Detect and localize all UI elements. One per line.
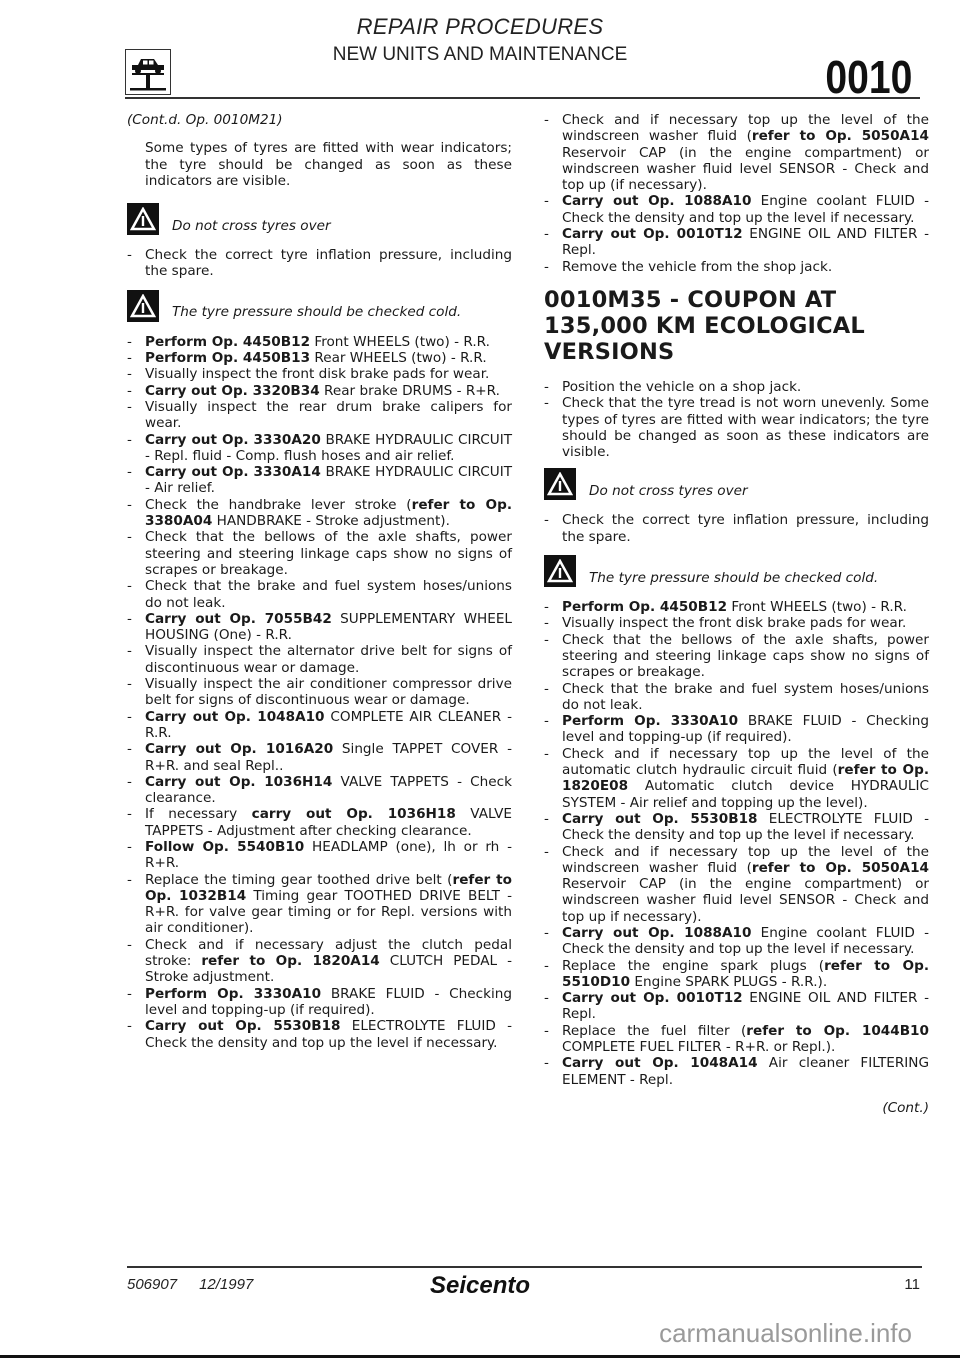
procedure-list: Perform Op. 4450B12 Front WHEELS (two) -… (544, 599, 929, 1088)
operation-reference: Follow Op. 5540B10 (145, 839, 304, 855)
note-text: Do not cross tyres over (589, 483, 748, 499)
left-column: (Cont.d. Op. 0010M21) Some types of tyre… (127, 112, 512, 1061)
operation-reference: Perform Op. 4450B13 (145, 350, 310, 366)
continued-label: (Cont.d. Op. 0010M21) (127, 112, 512, 128)
list-item: Check that the brake and fuel system hos… (544, 681, 929, 714)
operation-reference: Carry out Op. 1088A10 (562, 925, 751, 941)
operation-reference: refer to Op. 5050A14 (752, 128, 929, 144)
operation-reference: Carry out Op. 0010T12 (562, 990, 743, 1006)
list-item: Visually inspect the front disk brake pa… (544, 615, 929, 631)
operation-reference: Perform Op. 3330A10 (562, 713, 738, 729)
list-item: Carry out Op. 3320B34 Rear brake DRUMS -… (127, 383, 512, 399)
section-code: 0010 (825, 50, 912, 104)
operation-reference: Carry out Op. 0010T12 (562, 226, 743, 242)
operation-reference: Perform Op. 3330A10 (145, 986, 321, 1002)
intro-paragraph: Some types of tyres are fitted with wear… (145, 140, 512, 189)
procedure-list-intro: Position the vehicle on a shop jack.Chec… (544, 379, 929, 460)
list-item: Visually inspect the front disk brake pa… (127, 366, 512, 382)
list-item: Replace the timing gear toothed drive be… (127, 872, 512, 937)
operation-reference: Carry out Op. 1036H14 (145, 774, 332, 790)
list-item: Check the handbrake lever stroke (refer … (127, 497, 512, 530)
list-item: Carry out Op. 1036H14 VALVE TAPPETS - Ch… (127, 774, 512, 807)
list-item: Carry out Op. 3330A14 BRAKE HYDRAULIC CI… (127, 464, 512, 497)
operation-reference: refer to Op. 5510D10 (562, 958, 929, 990)
note-text: The tyre pressure should be checked cold… (589, 570, 878, 586)
operation-reference: refer to Op. 1032B14 (145, 872, 512, 904)
list-item: Carry out Op. 5530B18 ELECTROLYTE FLUID … (127, 1018, 512, 1051)
list-item: If necessary carry out Op. 1036H18 VALVE… (127, 806, 512, 839)
operation-reference: Carry out Op. 3330A20 (145, 432, 321, 448)
operation-reference: Carry out Op. 1048A10 (145, 709, 325, 725)
list-item: Visually inspect the rear drum brake cal… (127, 399, 512, 432)
operation-reference: refer to Op. 1044B10 (746, 1023, 929, 1039)
warning-icon (544, 468, 576, 500)
operation-reference: Carry out Op. 1016A20 (145, 741, 333, 757)
list-item: Check and if necessary top up the level … (544, 844, 929, 925)
list-item: Check and if necessary adjust the clutch… (127, 937, 512, 986)
list-item: Check the correct tyre inflation pressur… (127, 247, 512, 280)
warning-icon (544, 555, 576, 587)
list-item: Check and if necessary top up the level … (544, 746, 929, 811)
operation-reference: refer to Op. 5050A14 (752, 860, 929, 876)
list-item: Follow Op. 5540B10 HEADLAMP (one), lh or… (127, 839, 512, 872)
warning-note: Do not cross tyres over (127, 203, 512, 235)
brand-logo: Seicento (0, 1272, 960, 1300)
warning-icon (127, 290, 159, 322)
car-lift-icon (125, 49, 171, 95)
warning-note: Do not cross tyres over (544, 468, 929, 500)
page-number: 11 (904, 1276, 920, 1293)
list-item: Check and if necessary top up the level … (544, 112, 929, 193)
list-item: Remove the vehicle from the shop jack. (544, 259, 929, 275)
operation-reference: Carry out Op. 3320B34 (145, 383, 320, 399)
operation-reference: Carry out Op. 5530B18 (562, 811, 758, 827)
operation-reference: Carry out Op. 7055B42 (145, 611, 332, 627)
check-list: Check the correct tyre inflation pressur… (127, 247, 512, 280)
list-item: Check that the brake and fuel system hos… (127, 578, 512, 611)
list-item: Perform Op. 4450B12 Front WHEELS (two) -… (127, 334, 512, 350)
list-item: Perform Op. 4450B13 Rear WHEELS (two) - … (127, 350, 512, 366)
continued-marker: (Cont.) (544, 1100, 929, 1116)
operation-reference: Carry out Op. 1048A14 (562, 1055, 758, 1071)
list-item: Carry out Op. 0010T12 ENGINE OIL AND FIL… (544, 990, 929, 1023)
list-item: Carry out Op. 1048A10 COMPLETE AIR CLEAN… (127, 709, 512, 742)
list-item: Carry out Op. 1088A10 Engine coolant FLU… (544, 925, 929, 958)
list-item: Check the correct tyre inflation pressur… (544, 512, 929, 545)
list-item: Carry out Op. 1088A10 Engine coolant FLU… (544, 193, 929, 226)
list-item: Carry out Op. 3330A20 BRAKE HYDRAULIC CI… (127, 432, 512, 465)
procedure-list-top: Check and if necessary top up the level … (544, 112, 929, 275)
right-column: Check and if necessary top up the level … (544, 112, 929, 1116)
list-item: Check that the bellows of the axle shaft… (544, 632, 929, 681)
procedure-list: Perform Op. 4450B12 Front WHEELS (two) -… (127, 334, 512, 1051)
check-list: Check the correct tyre inflation pressur… (544, 512, 929, 545)
footer-divider (127, 1266, 922, 1268)
section-heading: 0010M35 - COUPON AT 135,000 KM ECOLOGICA… (544, 287, 929, 365)
list-item: Visually inspect the air conditioner com… (127, 676, 512, 709)
list-item: Carry out Op. 7055B42 SUPPLEMENTARY WHEE… (127, 611, 512, 644)
operation-reference: carry out Op. 1036H18 (252, 806, 456, 822)
list-item: Carry out Op. 1048A14 Air cleaner FILTER… (544, 1055, 929, 1088)
list-item: Replace the fuel filter (refer to Op. 10… (544, 1023, 929, 1056)
list-item: Position the vehicle on a shop jack. (544, 379, 929, 395)
list-item: Check that the tyre tread is not worn un… (544, 395, 929, 460)
list-item: Carry out Op. 1016A20 Single TAPPET COVE… (127, 741, 512, 774)
operation-reference: Perform Op. 4450B12 (145, 334, 310, 350)
operation-reference: refer to Op. 3380A04 (145, 497, 512, 529)
note-text: The tyre pressure should be checked cold… (172, 304, 461, 320)
header-divider (125, 97, 920, 99)
warning-note: The tyre pressure should be checked cold… (127, 290, 512, 322)
operation-reference: Carry out Op. 1088A10 (562, 193, 751, 209)
list-item: Perform Op. 3330A10 BRAKE FLUID - Checki… (544, 713, 929, 746)
header-title: REPAIR PROCEDURES (0, 14, 960, 40)
list-item: Carry out Op. 0010T12 ENGINE OIL AND FIL… (544, 226, 929, 259)
warning-note: The tyre pressure should be checked cold… (544, 555, 929, 587)
operation-reference: refer to Op. 1820E08 (562, 762, 929, 794)
list-item: Check that the bellows of the axle shaft… (127, 529, 512, 578)
list-item: Perform Op. 3330A10 BRAKE FLUID - Checki… (127, 986, 512, 1019)
operation-reference: refer to Op. 1820A14 (201, 953, 379, 969)
list-item: Carry out Op. 5530B18 ELECTROLYTE FLUID … (544, 811, 929, 844)
note-text: Do not cross tyres over (172, 218, 331, 234)
operation-reference: Perform Op. 4450B12 (562, 599, 727, 615)
list-item: Visually inspect the alternator drive be… (127, 643, 512, 676)
warning-icon (127, 203, 159, 235)
list-item: Perform Op. 4450B12 Front WHEELS (two) -… (544, 599, 929, 615)
watermark: carmanualsonline.info (659, 1318, 912, 1349)
operation-reference: Carry out Op. 5530B18 (145, 1018, 341, 1034)
operation-reference: Carry out Op. 3330A14 (145, 464, 321, 480)
list-item: Replace the engine spark plugs (refer to… (544, 958, 929, 991)
